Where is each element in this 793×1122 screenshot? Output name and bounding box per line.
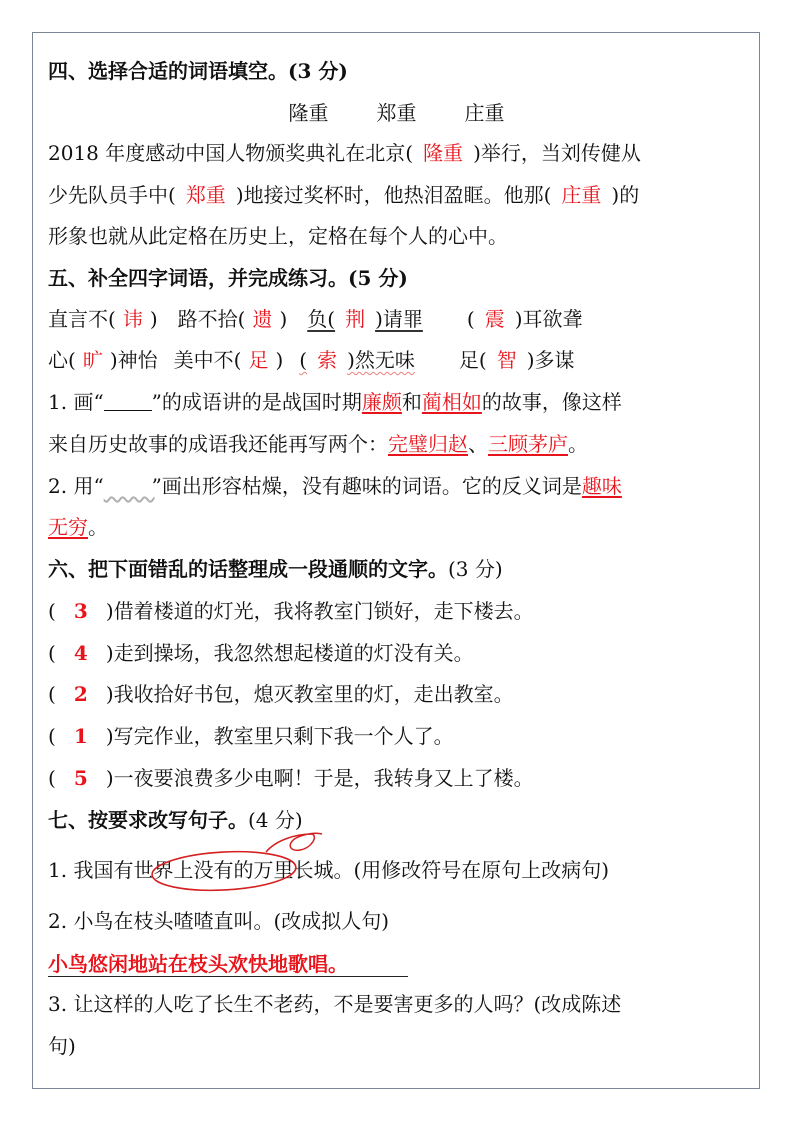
straight-underline-sample bbox=[104, 392, 152, 411]
idiom: 心(旷)神怡 bbox=[48, 348, 158, 372]
section7-q3-line1: 3. 让这样的人吃了长生不老药，不是要害更多的人吗？(改成陈述 bbox=[48, 990, 621, 1018]
wavy-underline-sample bbox=[104, 474, 152, 492]
section4-line3: 形象也就从此定格在历史上，定格在每个人的心中。 bbox=[48, 222, 508, 250]
section5-heading: 五、补全四字词语，并完成练习。(5 分) bbox=[48, 264, 408, 292]
answer: 趣味 bbox=[582, 474, 622, 498]
section5-q1-line2: 来自历史故事的成语我还能再写两个：完璧归赵、三顾茅庐。 bbox=[48, 430, 588, 458]
option-3: 庄重 bbox=[465, 101, 505, 125]
answer: 无穷 bbox=[48, 515, 88, 539]
idiom: 直言不(讳) bbox=[48, 307, 158, 331]
answer-blank: 庄重 bbox=[551, 181, 611, 209]
idiom: 美中不(足) bbox=[174, 348, 284, 372]
idiom-wavy-underlined: (索)然无味 bbox=[299, 348, 415, 372]
option-1: 隆重 bbox=[289, 101, 329, 125]
section4-line1: 2018 年度感动中国人物颁奖典礼在北京(隆重)举行，当刘传健从 bbox=[48, 139, 641, 167]
answer: 蔺相如 bbox=[422, 390, 482, 414]
section5-q2-line2: 无穷。 bbox=[48, 513, 108, 541]
word-options: 隆重郑重庄重 bbox=[0, 97, 793, 126]
section4-heading: 四、选择合适的词语填空。(3 分) bbox=[48, 57, 348, 85]
ordering-item: (1)写完作业，教室里只剩下我一个人了。 bbox=[48, 722, 454, 750]
section7-q3-line2: 句) bbox=[48, 1032, 76, 1060]
section5-q1-line1: 1. 画“”的成语讲的是战国时期廉颇和蔺相如的故事，像这样 bbox=[48, 388, 622, 416]
section7-q2: 2. 小鸟在枝头喳喳直叫。(改成拟人句) bbox=[48, 907, 389, 935]
circled-phrase: 世界上没有的 bbox=[133, 858, 253, 882]
option-2: 郑重 bbox=[377, 101, 417, 125]
section4-line2: 少先队员手中(郑重)地接过奖杯时，他热泪盈眶。他那(庄重)的 bbox=[48, 181, 639, 209]
idiom-row-1: 直言不(讳)路不拾(遗)负(荆)请罪(震)耳欲聋 bbox=[48, 305, 583, 333]
idiom-underlined: 负(荆)请罪 bbox=[307, 307, 423, 331]
ordering-item: (3)借着楼道的灯光，我将教室门锁好，走下楼去。 bbox=[48, 597, 534, 625]
section7-q2-answer: 小鸟悠闲地站在枝头欢快地歌唱。 bbox=[48, 950, 408, 978]
section7-heading: 七、按要求改写句子。(4 分) bbox=[48, 806, 303, 834]
idiom: 路不拾(遗) bbox=[178, 307, 288, 331]
answer: 完璧归赵 bbox=[388, 432, 468, 456]
answer: 廉颇 bbox=[362, 390, 402, 414]
answer-blank: 隆重 bbox=[413, 139, 473, 167]
ordering-item: (5)一夜要浪费多少电啊！于是，我转身又上了楼。 bbox=[48, 764, 534, 792]
idiom-row-2: 心(旷)神怡美中不(足)(索)然无味足(智)多谋 bbox=[48, 346, 575, 374]
idiom: 足(智)多谋 bbox=[459, 348, 575, 372]
section6-heading: 六、把下面错乱的话整理成一段通顺的文字。(3 分) bbox=[48, 555, 503, 583]
ordering-item: (4)走到操场，我忽然想起楼道的灯没有关。 bbox=[48, 639, 474, 667]
ordering-item: (2)我收拾好书包，熄灭教室里的灯，走出教室。 bbox=[48, 680, 514, 708]
section5-q2-line1: 2. 用“ ”画出形容枯燥，没有趣味的词语。它的反义词是趣味 bbox=[48, 472, 622, 500]
section7-q1: 1. 我国有世界上没有的万里长城。(用修改符号在原句上改病句) bbox=[48, 856, 609, 884]
answer-blank: 郑重 bbox=[176, 181, 236, 209]
idiom: (震)耳欲聋 bbox=[467, 307, 583, 331]
answer: 三顾茅庐 bbox=[488, 432, 568, 456]
